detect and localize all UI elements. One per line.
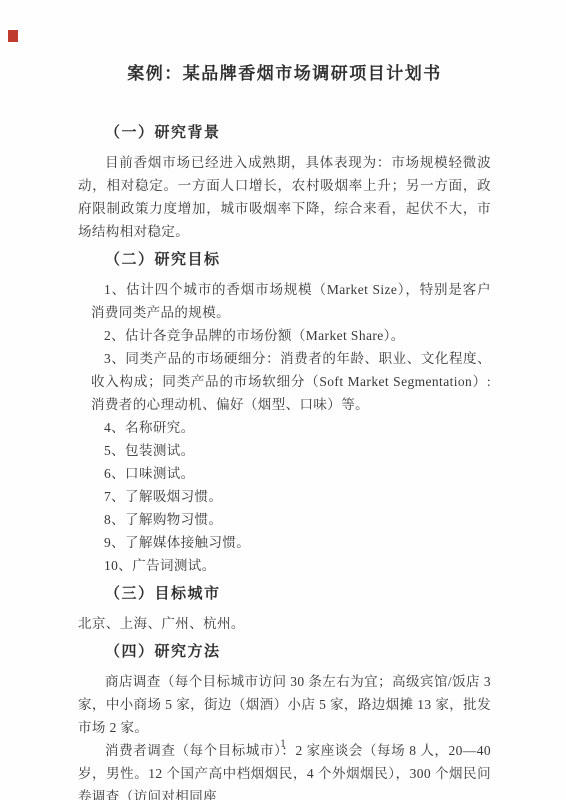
section-heading-research-background: （一）研究背景 <box>78 122 491 145</box>
document-page: 案例：某品牌香烟市场调研项目计划书 （一）研究背景 目前香烟市场已经进入成熟期，… <box>0 0 566 800</box>
red-corner-mark <box>8 30 18 42</box>
list-item: 8、了解购物习惯。 <box>78 508 491 531</box>
list-item: 3、同类产品的市场硬细分：消费者的年龄、职业、文化程度、收入构成；同类产品的市场… <box>78 347 491 416</box>
list-item: 1、估计四个城市的香烟市场规模（Market Size），特别是客户消费同类产品… <box>78 278 491 324</box>
list-item: 9、了解媒体接触习惯。 <box>78 531 491 554</box>
list-item: 10、广告词测试。 <box>78 554 491 577</box>
page-number: 1 <box>0 736 566 751</box>
paragraph: 商店调查（每个目标城市访问 30 条左右为宜；高级宾馆/饭店 3 家，中小商场 … <box>78 670 491 739</box>
list-item: 6、口味测试。 <box>78 462 491 485</box>
list-item: 7、了解吸烟习惯。 <box>78 485 491 508</box>
paragraph: 目前香烟市场已经进入成熟期，具体表现为：市场规模轻微波动，相对稳定。一方面人口增… <box>78 151 491 243</box>
section-heading-target-cities: （三）目标城市 <box>78 583 491 606</box>
list-item: 2、估计各竞争品牌的市场份额（Market Share）。 <box>78 324 491 347</box>
document-body: 案例：某品牌香烟市场调研项目计划书 （一）研究背景 目前香烟市场已经进入成熟期，… <box>78 62 491 800</box>
section-heading-research-methods: （四）研究方法 <box>78 641 491 664</box>
document-title: 案例：某品牌香烟市场调研项目计划书 <box>78 62 491 86</box>
paragraph: 北京、上海、广州、杭州。 <box>78 612 491 635</box>
section-heading-research-objectives: （二）研究目标 <box>78 249 491 272</box>
list-item: 5、包装测试。 <box>78 439 491 462</box>
list-item: 4、名称研究。 <box>78 416 491 439</box>
